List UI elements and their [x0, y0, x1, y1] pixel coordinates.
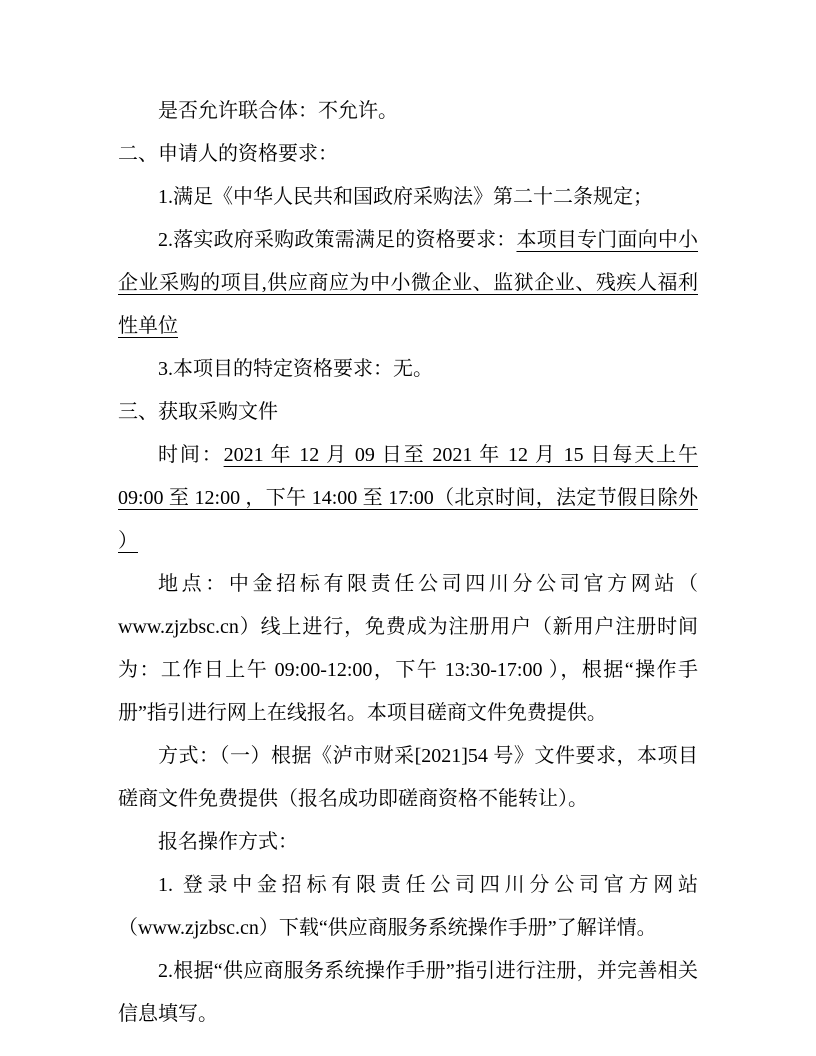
document-page: 是否允许联合体：不允许。二、申请人的资格要求：1.满足《中华人民共和国政府采购法… [0, 0, 816, 1056]
text-run: 报名操作方式： [158, 831, 298, 853]
text-run: 是否允许联合体：不允许。 [158, 100, 398, 122]
qualification-item-3: 3.本项目的特定资格要求：无。 [118, 348, 698, 391]
method-line: 方式：（一）根据《泸市财采[2021]54 号》文件要求，本项目磋商文件免费提供… [118, 735, 698, 821]
signup-method-heading: 报名操作方式： [118, 821, 698, 864]
text-run: 3.本项目的特定资格要求：无。 [158, 358, 433, 380]
text-run: 地点：中金招标有限责任公司四川分公司官方网站（ www.zjzbsc.cn）线上… [118, 573, 698, 724]
section-3-heading: 三、获取采购文件 [118, 391, 698, 434]
location-line: 地点：中金招标有限责任公司四川分公司官方网站（ www.zjzbsc.cn）线上… [118, 563, 698, 735]
section-2-heading: 二、申请人的资格要求： [118, 133, 698, 176]
text-run: 二、申请人的资格要求： [118, 143, 338, 165]
text-run: 2.落实政府采购政策需满足的资格要求： [158, 229, 516, 251]
qualification-item-2: 2.落实政府采购政策需满足的资格要求：本项目专门面向中小企业采购的项目,供应商应… [118, 219, 698, 348]
consortium-line: 是否允许联合体：不允许。 [118, 90, 698, 133]
time-line: 时间：2021 年 12 月 09 日至 2021 年 12 月 15 日每天上… [118, 434, 698, 563]
text-run: 三、获取采购文件 [118, 401, 278, 423]
qualification-item-1: 1.满足《中华人民共和国政府采购法》第二十二条规定； [118, 176, 698, 219]
signup-step-1: 1. 登录中金招标有限责任公司四川分公司官方网站（www.zjzbsc.cn）下… [118, 864, 698, 950]
text-run: 2.根据“供应商服务系统操作手册”指引进行注册，并完善相关信息填写。 [118, 960, 698, 1025]
text-run: 1.满足《中华人民共和国政府采购法》第二十二条规定； [158, 186, 653, 208]
signup-step-2: 2.根据“供应商服务系统操作手册”指引进行注册，并完善相关信息填写。 [118, 950, 698, 1036]
document-body: 是否允许联合体：不允许。二、申请人的资格要求：1.满足《中华人民共和国政府采购法… [118, 90, 698, 1036]
text-run: 方式：（一）根据《泸市财采[2021]54 号》文件要求，本项目磋商文件免费提供… [118, 745, 698, 810]
text-run: 时间： [158, 444, 224, 466]
text-run: 1. 登录中金招标有限责任公司四川分公司官方网站（www.zjzbsc.cn）下… [118, 874, 698, 939]
